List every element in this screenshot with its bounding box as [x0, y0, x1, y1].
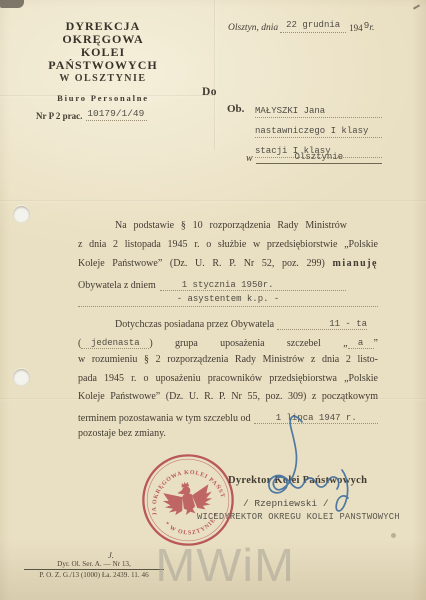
punch-hole-bottom [13, 369, 30, 386]
place-label: Olsztyn, dnia [228, 23, 278, 33]
org-name-line3: W OLSZTYNIE [36, 73, 170, 84]
date-value: 22 grudnia [280, 20, 346, 33]
effective-date-value: 1 stycznia 1950r. [160, 280, 274, 290]
ink-speck [391, 533, 396, 538]
year-prefix: 194 [349, 23, 363, 33]
quote-close: ” [374, 338, 378, 349]
year-suffix: r. [369, 23, 374, 33]
year-value: 9 [364, 20, 370, 31]
addressee-name: MAŁYSZKI Jana [255, 98, 382, 118]
addressee-lines: MAŁYSZKI Jana nastawniczego I klasy stac… [255, 98, 382, 158]
fold-crease-horizontal-2 [0, 200, 426, 203]
reference-label: Nr P 2 prac. [36, 111, 82, 121]
reference-value: 10179/1/49 [86, 108, 147, 121]
scanned-document: DYREKCJA OKRĘGOWA KOLEI PAŃSTWOWYCH W OL… [0, 0, 426, 600]
p2-line3: w rozumieniu § 2 rozporządzenia Rady Min… [78, 354, 378, 368]
handwritten-signature [218, 414, 378, 524]
p1-line3: Koleje Państwowe” (Dz. U. R. P. Nr 52, p… [78, 258, 378, 272]
appoint-verb: mianuję [333, 258, 379, 269]
imprint-print-run: P. O. Z. G./13 (1000) Ła. 2439. 11. 46 [24, 571, 164, 579]
imprint-series: Dyr. Ol. Ser. A. — Nr 13, [24, 560, 164, 570]
in-label: w [246, 153, 256, 164]
salary-group-value: 11 - ta [329, 319, 367, 329]
p2-line1: Dotychczas posiadana przez Obywatela 11 … [78, 316, 378, 330]
p1-line1: Na podstawie § 10 rozporządzenia Rady Mi… [115, 220, 347, 234]
fold-crease-vertical [214, 0, 217, 150]
form-rule [78, 306, 378, 307]
group-word-fill: jedenasta [81, 338, 149, 349]
dateline: Olsztyn, dnia 22 grudnia 194 9 r. [228, 20, 374, 33]
salary-group-label: Dotychczas posiadana przez Obywatela [115, 319, 274, 330]
p1-line4: Obywatela z dniem 1 stycznia 1950r. [78, 277, 378, 291]
effective-date-fill: 1 stycznia 1950r. [160, 280, 346, 291]
p1-line3-text: Koleje Państwowe” (Dz. U. R. P. Nr 52, p… [78, 258, 325, 269]
group-word-value: jedenasta [91, 338, 140, 348]
grade-value: a [358, 338, 363, 348]
salary-group-fill: 11 - ta [277, 319, 367, 330]
punch-hole-top [13, 206, 30, 223]
to-label: Do [202, 86, 217, 98]
addressee-position: nastawniczego I klasy [255, 118, 382, 138]
p2-line2: ( jedenasta ) grupa uposażenia szczebel … [78, 335, 378, 349]
grade-label: ) grupa uposażenia szczebel „ [149, 338, 347, 349]
p2-line5: Koleje Państwowe” (Dz. U. R. P. Nr 55, p… [78, 391, 378, 405]
p2-line4: pada 1945 r. o uposażeniu pracowników pr… [78, 373, 378, 387]
addressee-city-row: w Olsztynie [246, 152, 382, 164]
archive-watermark: MWiM [155, 538, 295, 592]
effective-date-label: Obywatela z dniem [78, 280, 156, 291]
grade-fill: a [348, 338, 374, 349]
org-name-line1: DYREKCJA OKRĘGOWA [36, 20, 170, 46]
paragraph-appointment: Na podstawie § 10 rozporządzenia Rady Mi… [78, 220, 378, 316]
reference-number-row: Nr P 2 prac. 10179/1/49 [36, 108, 170, 121]
addressee-city: Olsztynie [256, 152, 382, 164]
letterhead: DYREKCJA OKRĘGOWA KOLEI PAŃSTWOWYCH W OL… [36, 20, 170, 121]
citizen-label: Ob. [227, 103, 244, 115]
p1-line2: z dnia 2 listopada 1945 r. o służbie w p… [78, 239, 378, 253]
torn-corner-mark [0, 0, 24, 8]
office-name: Biuro Personalne [36, 93, 170, 103]
org-name-line2: KOLEI PAŃSTWOWYCH [36, 46, 170, 72]
pen-tick-top-right [413, 4, 420, 9]
imprint-mark: J. [108, 550, 114, 560]
